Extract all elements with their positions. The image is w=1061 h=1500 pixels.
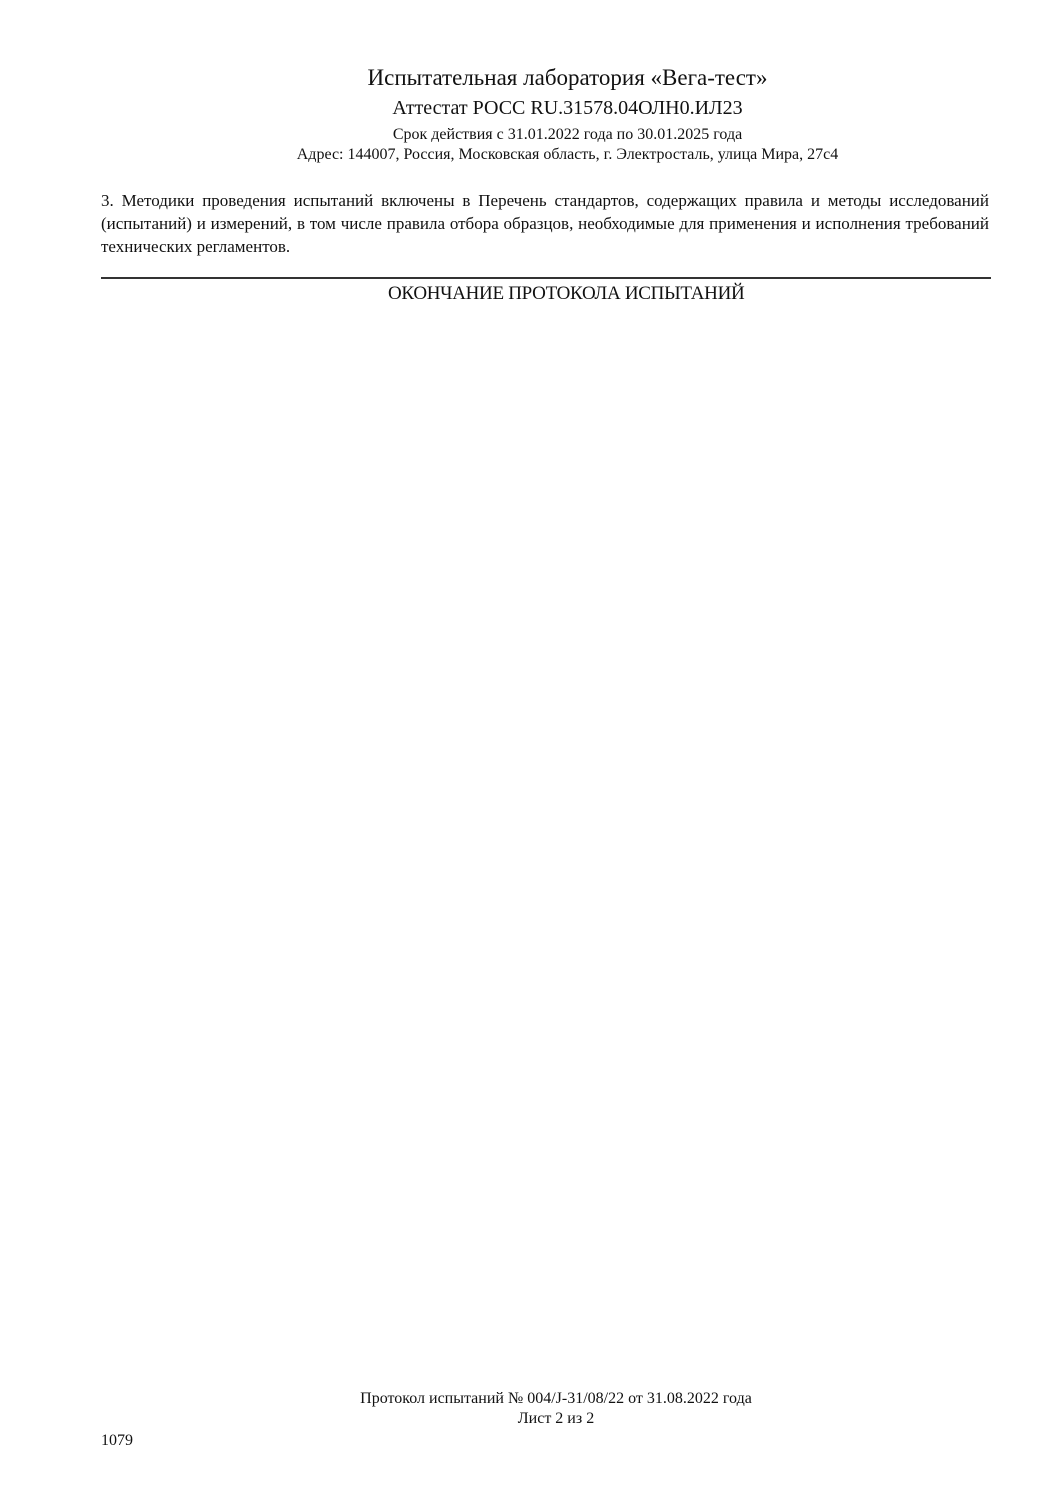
end-of-protocol-title: ОКОНЧАНИЕ ПРОТОКОЛА ИСПЫТАНИЙ [388,283,744,305]
page-code: 1079 [101,1431,133,1451]
section-divider [101,277,991,279]
methods-note: 3. Методики проведения испытаний включен… [101,189,989,258]
validity-period: Срок действия с 31.01.2022 года по 30.01… [37,125,1061,145]
footer-protocol-number: Протокол испытаний № 004/J-31/08/22 от 3… [0,1389,1061,1409]
attestat-number: Аттестат РОСС RU.31578.04ОЛН0.ИЛ23 [37,96,1061,120]
lab-address: Адрес: 144007, Россия, Московская област… [37,145,1061,165]
lab-name: Испытательная лаборатория «Вега-тест» [37,64,1061,92]
footer-sheet-number: Лист 2 из 2 [0,1409,1061,1429]
